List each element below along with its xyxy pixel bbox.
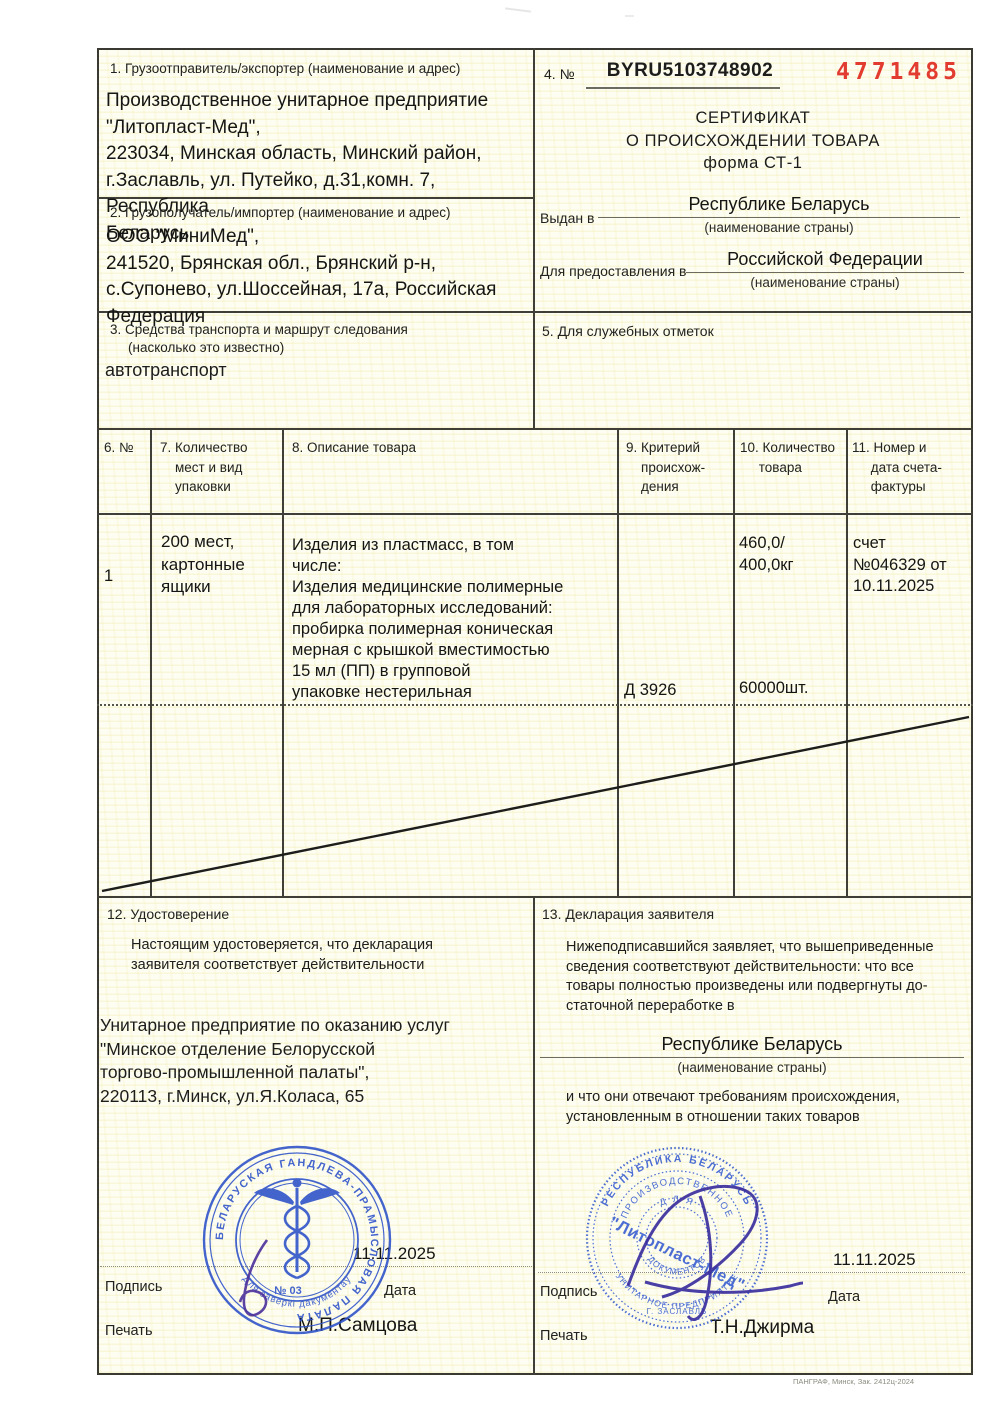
row-no: 1 <box>104 566 113 587</box>
svg-text:Д Л Я: Д Л Я <box>658 1194 696 1208</box>
chamber-stamp: БЕЛАРУСКАЯ ГАНДЛЕВА-ПРАМЫСЛОВАЯ ПАЛАТА Д… <box>190 1144 404 1340</box>
col-header-quantity: 10. Количество товара <box>740 438 835 477</box>
certification-org: Унитарное предприятие по оказанию услуг … <box>100 1014 450 1108</box>
col-header-description: 8. Описание товара <box>292 438 416 458</box>
table-col-line <box>733 428 735 896</box>
row-criterion: Д 3926 <box>624 680 676 701</box>
declaration-date-label: Дата <box>828 1289 860 1305</box>
declaration-date: 11.11.2025 <box>833 1250 916 1270</box>
scan-artifact <box>625 15 634 17</box>
issued-in-hint: (наименование страны) <box>598 218 960 235</box>
red-serial-number: 4771485 <box>836 59 961 85</box>
manufacturer-stamp-bottom-text: Г. ЗАСЛАВЛЬ <box>647 1307 708 1316</box>
manufacturer-stamp-inner-top-text: Д Л Я <box>658 1194 696 1208</box>
certification-sign-label: Подпись <box>105 1279 162 1295</box>
transport-label-2: (насколько это известно) <box>128 340 284 355</box>
table-col-line <box>846 428 848 896</box>
certification-text: Настоящим удостоверяется, что декларация… <box>131 936 433 975</box>
certificate-title: СЕРТИФИКАТ О ПРОИСХОЖДЕНИИ ТОВАРА форма … <box>533 107 973 175</box>
presented-to-field: Российской Федерации (наименование стран… <box>686 249 964 290</box>
row-qty-pieces: 60000шт. <box>739 678 808 699</box>
consignor-label: 1. Грузоотправитель/экспортер (наименова… <box>110 61 460 76</box>
printer-note: ПАНГРАФ, Минск, Зак. 2412ц-2024 <box>793 1377 914 1386</box>
certification-seal-label: Печать <box>105 1323 153 1339</box>
declaration-country-hint: (наименование страны) <box>540 1058 964 1075</box>
consignee-label: 2. Грузополучатель/импортер (наименовани… <box>110 205 451 220</box>
transport-label: 3. Средства транспорта и маршрут следова… <box>110 322 408 337</box>
certification-label: 12. Удостоверение <box>107 906 229 922</box>
table-top-border <box>97 428 973 430</box>
row-invoice: счет №046329 от 10.11.2025 <box>853 533 947 598</box>
issued-in-value: Республике Беларусь <box>598 194 960 218</box>
chamber-stamp-number: № 03 <box>274 1285 302 1297</box>
row-description: Изделия из пластмасс, в том числе: Издел… <box>292 535 622 703</box>
presented-to-hint: (наименование страны) <box>686 273 964 290</box>
table-row-dashed-line <box>97 704 973 706</box>
divider-box12-box13 <box>533 896 535 1375</box>
row-packages: 200 мест, картонные ящики <box>161 531 245 599</box>
consignee-value: ООО "МиниМед", 241520, Брянская обл., Бр… <box>106 224 536 330</box>
col-header-packages: 7. Количество мест и вид упаковки <box>160 438 248 497</box>
declaration-label: 13. Декларация заявителя <box>542 906 714 922</box>
service-marks-label: 5. Для служебных отметок <box>542 323 714 339</box>
certificate-number: BYRU5103748902 <box>600 60 780 82</box>
table-header-border <box>97 513 973 515</box>
col-header-criterion: 9. Критерий происхож- дения <box>626 438 705 497</box>
scanned-certificate-page: 1. Грузоотправитель/экспортер (наименова… <box>0 0 1000 1415</box>
col-header-no: 6. № <box>104 438 134 458</box>
declaration-text: Нижеподписавшийся заявляет, что вышеприв… <box>566 938 966 1016</box>
declaration-country-field: Республике Беларусь (наименование страны… <box>540 1034 964 1075</box>
table-col-line <box>282 428 284 896</box>
transport-value: автотранспорт <box>105 360 227 381</box>
col-header-invoice: 11. Номер и дата счета- фактуры <box>852 438 942 497</box>
presented-to-label: Для предоставления в <box>540 263 687 279</box>
table-col-line <box>150 428 152 896</box>
manufacturer-stamp: РЕСПУБЛИКА БЕЛАРУСЬ УНИТАРНОЕ ПРЕДПРИЯТИ… <box>580 1142 775 1337</box>
declaration-text-2: и что они отвечают требованиям происхожд… <box>566 1088 900 1127</box>
table-bottom-border <box>97 896 973 898</box>
scan-artifact <box>505 7 531 12</box>
issued-in-label: Выдан в <box>540 210 594 226</box>
row-qty-weight: 460,0/ 400,0кг <box>739 533 794 576</box>
certificate-number-label: 4. № <box>544 66 575 82</box>
presented-to-value: Российской Федерации <box>686 249 964 273</box>
issued-in-field: Республике Беларусь (наименование страны… <box>598 194 960 235</box>
caduceus-icon <box>254 1179 340 1279</box>
declaration-country-value: Республике Беларусь <box>540 1034 964 1058</box>
certificate-number-underline <box>586 87 780 89</box>
